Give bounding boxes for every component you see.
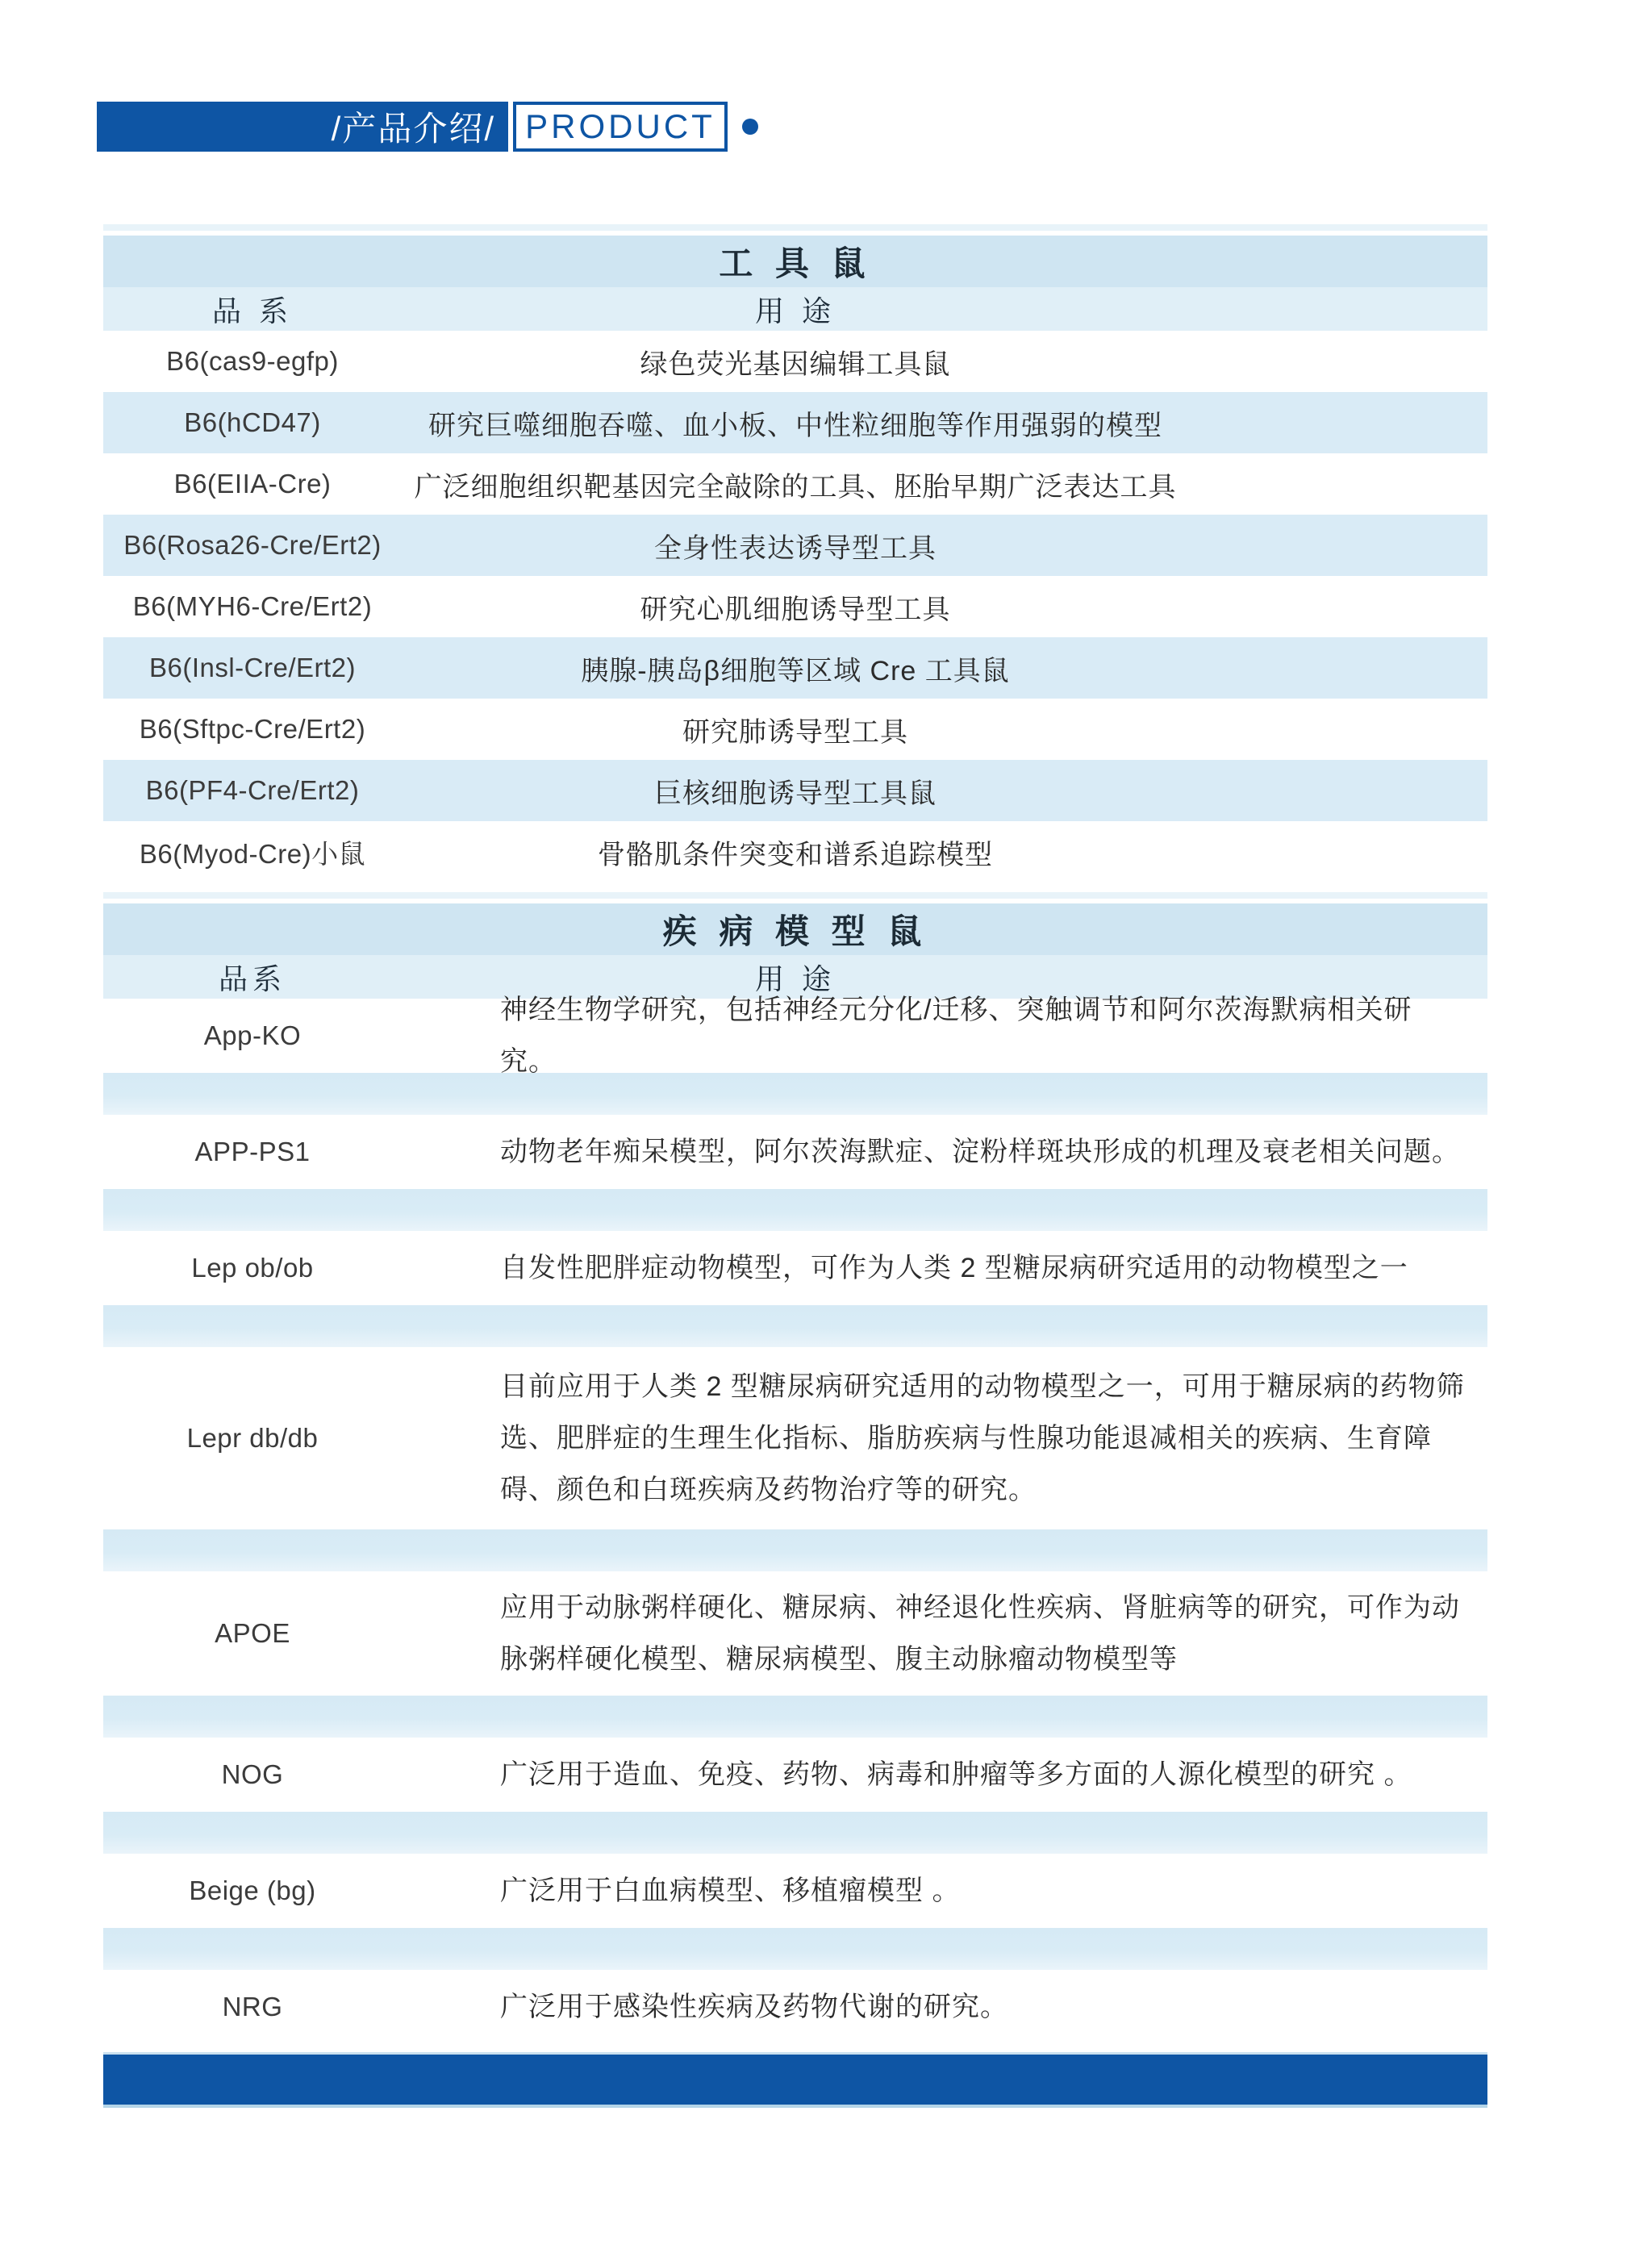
use-cell: 巨核细胞诱导型工具鼠: [103, 760, 1487, 821]
use-cell: 广泛用于白血病模型、移植瘤模型 。: [500, 1854, 1466, 1928]
table-title: 疾 病 模 型 鼠: [103, 903, 1487, 955]
disease-mice-table: 疾 病 模 型 鼠 品系 用 途 App-KO神经生物学研究，包括神经元分化/迁…: [103, 892, 1487, 2044]
table-row: App-KO神经生物学研究，包括神经元分化/迁移、突触调节和阿尔茨海默病相关研究…: [103, 999, 1487, 1073]
table-row: Lepr db/db目前应用于人类 2 型糖尿病研究适用的动物模型之一，可用于糖…: [103, 1347, 1487, 1529]
strain-cell: App-KO: [103, 999, 402, 1073]
table-row: B6(Insl-Cre/Ert2)胰腺-胰岛β细胞等区域 Cre 工具鼠: [103, 637, 1487, 699]
table-row: Lep ob/ob自发性肥胖症动物模型，可作为人类 2 型糖尿病研究适用的动物模…: [103, 1231, 1487, 1305]
tool-mice-table: 工 具 鼠 品 系 用 途 B6(cas9-egfp)绿色荧光基因编辑工具鼠B6…: [103, 224, 1487, 882]
use-cell: 神经生物学研究，包括神经元分化/迁移、突触调节和阿尔茨海默病相关研究。: [500, 999, 1466, 1073]
table-top-strip: [103, 224, 1487, 231]
footer-bar: [103, 2052, 1487, 2108]
table-row: APP-PS1动物老年痴呆模型，阿尔茨海默症、淀粉样斑块形成的机理及衰老相关问题…: [103, 1115, 1487, 1189]
banner-title-box: /产品介绍/: [97, 102, 508, 152]
strain-cell: APP-PS1: [103, 1115, 402, 1189]
row-spacer: [103, 1812, 1487, 1854]
use-cell: 广泛用于感染性疾病及药物代谢的研究。: [500, 1970, 1466, 2044]
table-row: B6(EIIA-Cre)广泛细胞组织靶基因完全敲除的工具、胚胎早期广泛表达工具: [103, 453, 1487, 515]
row-spacer: [103, 1529, 1487, 1571]
table-row: Beige (bg)广泛用于白血病模型、移植瘤模型 。: [103, 1854, 1487, 1928]
use-cell: 研究心肌细胞诱导型工具: [103, 576, 1487, 637]
table-body: B6(cas9-egfp)绿色荧光基因编辑工具鼠B6(hCD47)研究巨噬细胞吞…: [103, 331, 1487, 882]
table-top-strip: [103, 892, 1487, 899]
strain-cell: Lepr db/db: [103, 1347, 402, 1529]
header-banner: /产品介绍/ PRODUCT: [97, 102, 758, 152]
use-cell: 目前应用于人类 2 型糖尿病研究适用的动物模型之一，可用于糖尿病的药物筛选、肥胖…: [500, 1347, 1466, 1529]
use-cell: 自发性肥胖症动物模型，可作为人类 2 型糖尿病研究适用的动物模型之一: [500, 1231, 1466, 1305]
banner-title: /产品介绍/: [332, 102, 495, 151]
product-box: PRODUCT: [513, 102, 728, 152]
page-content: 工 具 鼠 品 系 用 途 B6(cas9-egfp)绿色荧光基因编辑工具鼠B6…: [103, 224, 1487, 2108]
use-cell: 胰腺-胰岛β细胞等区域 Cre 工具鼠: [103, 637, 1487, 699]
table-row: NRG广泛用于感染性疾病及药物代谢的研究。: [103, 1970, 1487, 2044]
table-row: B6(Sftpc-Cre/Ert2)研究肺诱导型工具: [103, 699, 1487, 760]
strain-cell: NRG: [103, 1970, 402, 2044]
table-row: B6(Myod-Cre)小鼠骨骼肌条件突变和谱系追踪模型: [103, 821, 1487, 882]
row-spacer: [103, 1928, 1487, 1970]
product-label: PRODUCT: [525, 107, 715, 146]
bullet-dot-icon: [742, 119, 758, 135]
row-spacer: [103, 1696, 1487, 1738]
use-cell: 研究肺诱导型工具: [103, 699, 1487, 760]
table-row: B6(PF4-Cre/Ert2)巨核细胞诱导型工具鼠: [103, 760, 1487, 821]
use-cell: 应用于动脉粥样硬化、糖尿病、神经退化性疾病、肾脏病等的研究，可作为动脉粥样硬化模…: [500, 1571, 1466, 1696]
use-cell: 全身性表达诱导型工具: [103, 515, 1487, 576]
use-cell: 绿色荧光基因编辑工具鼠: [103, 331, 1487, 392]
table-body: App-KO神经生物学研究，包括神经元分化/迁移、突触调节和阿尔茨海默病相关研究…: [103, 999, 1487, 2044]
table-row: B6(hCD47)研究巨噬细胞吞噬、血小板、中性粒细胞等作用强弱的模型: [103, 392, 1487, 453]
use-cell: 广泛细胞组织靶基因完全敲除的工具、胚胎早期广泛表达工具: [103, 453, 1487, 515]
use-cell: 广泛用于造血、免疫、药物、病毒和肿瘤等多方面的人源化模型的研究 。: [500, 1738, 1466, 1812]
page: /产品介绍/ PRODUCT 工 具 鼠 品 系 用 途 B6(cas9-egf…: [0, 0, 1652, 2253]
strain-cell: Lep ob/ob: [103, 1231, 402, 1305]
row-spacer: [103, 1189, 1487, 1231]
strain-cell: Beige (bg): [103, 1854, 402, 1928]
strain-cell: APOE: [103, 1571, 402, 1696]
column-header-use: 用 途: [103, 287, 1487, 331]
use-cell: 研究巨噬细胞吞噬、血小板、中性粒细胞等作用强弱的模型: [103, 392, 1487, 453]
table-row: B6(Rosa26-Cre/Ert2)全身性表达诱导型工具: [103, 515, 1487, 576]
table-title: 工 具 鼠: [103, 236, 1487, 287]
column-header-band: 品 系 用 途: [103, 287, 1487, 331]
strain-cell: NOG: [103, 1738, 402, 1812]
use-cell: 骨骼肌条件突变和谱系追踪模型: [103, 821, 1487, 882]
row-spacer: [103, 1305, 1487, 1347]
table-row: B6(cas9-egfp)绿色荧光基因编辑工具鼠: [103, 331, 1487, 392]
table-row: APOE应用于动脉粥样硬化、糖尿病、神经退化性疾病、肾脏病等的研究，可作为动脉粥…: [103, 1571, 1487, 1696]
table-row: B6(MYH6-Cre/Ert2)研究心肌细胞诱导型工具: [103, 576, 1487, 637]
use-cell: 动物老年痴呆模型，阿尔茨海默症、淀粉样斑块形成的机理及衰老相关问题。: [500, 1115, 1466, 1189]
table-row: NOG广泛用于造血、免疫、药物、病毒和肿瘤等多方面的人源化模型的研究 。: [103, 1738, 1487, 1812]
